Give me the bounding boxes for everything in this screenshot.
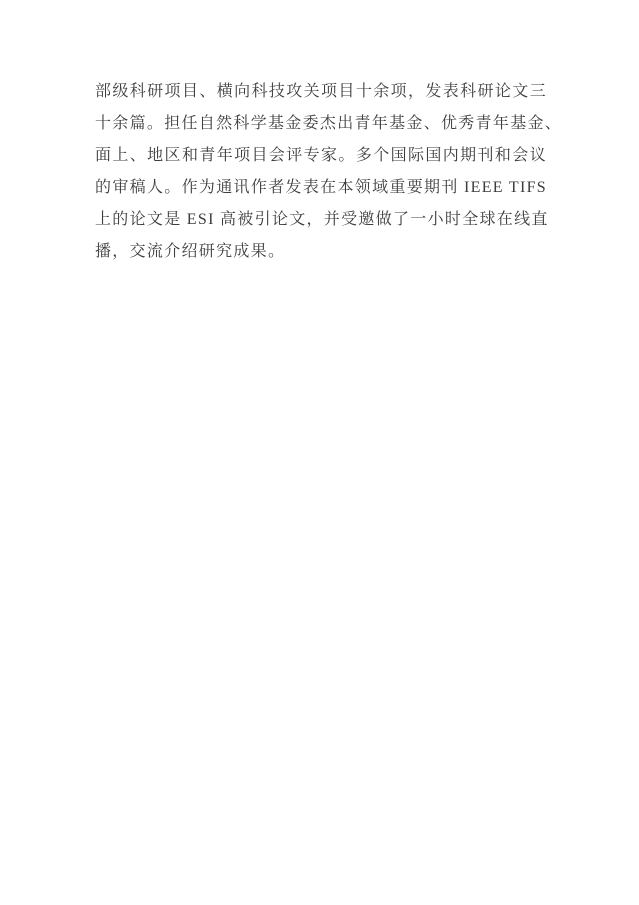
paragraph-line: 的审稿人。作为通讯作者发表在本领域重要期刊 IEEE TIFS	[95, 172, 547, 204]
document-viewport: 部级科研项目、横向科技攻关项目十余项，发表科研论文三 十余篇。担任自然科学基金委…	[0, 0, 639, 905]
paragraph-line: 面上、地区和青年项目会评专家。多个国际国内期刊和会议	[95, 140, 547, 172]
document-page: 部级科研项目、横向科技攻关项目十余项，发表科研论文三 十余篇。担任自然科学基金委…	[0, 0, 639, 905]
paragraph-line: 部级科研项目、横向科技攻关项目十余项，发表科研论文三	[95, 76, 547, 108]
paragraph-line: 十余篇。担任自然科学基金委杰出青年基金、优秀青年基金、	[95, 108, 547, 140]
body-paragraph: 部级科研项目、横向科技攻关项目十余项，发表科研论文三 十余篇。担任自然科学基金委…	[95, 76, 547, 268]
paragraph-line: 播，交流介绍研究成果。	[95, 236, 547, 268]
paragraph-line: 上的论文是 ESI 高被引论文，并受邀做了一小时全球在线直	[95, 204, 547, 236]
